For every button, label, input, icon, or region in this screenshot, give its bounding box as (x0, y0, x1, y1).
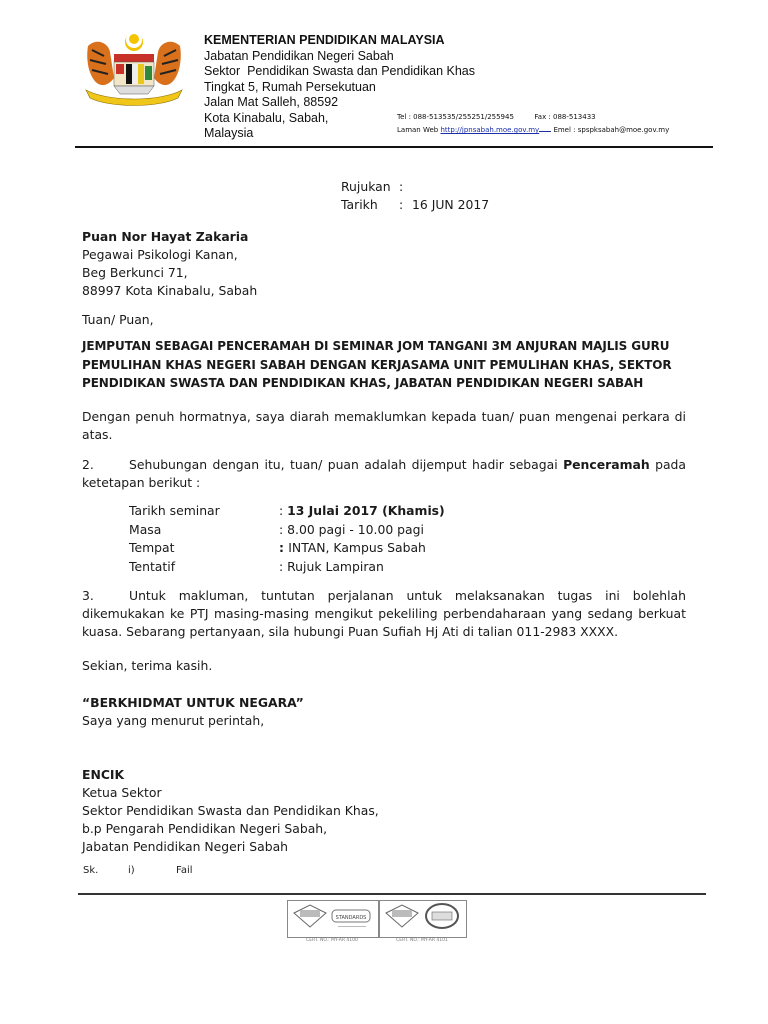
tarikh-label: Tarikh (341, 196, 399, 214)
email: Emel : spspksabah@moe.gov.my (553, 126, 669, 134)
recipient-name: Puan Nor Hayat Zakaria (82, 228, 257, 246)
detail-row: Tarikh seminar : 13 Julai 2017 (Khamis) (129, 502, 445, 521)
malaysia-coat-of-arms-icon (78, 28, 190, 108)
letterhead-line: Sektor Pendidikan Swasta dan Pendidikan … (204, 64, 475, 80)
iqnet-logo-icon (380, 901, 466, 937)
recipient-block: Puan Nor Hayat Zakaria Pegawai Psikologi… (82, 228, 257, 300)
paragraph-3-number: 3. (82, 587, 129, 605)
tarikh-value: 16 JUN 2017 (409, 196, 489, 214)
certification-caption-1: CERT. NO.: MY-AR 4100 (287, 938, 377, 943)
detail-value-schedule: Rujuk Lampiran (287, 558, 384, 577)
subject: JEMPUTAN SEBAGAI PENCERAMAH DI SEMINAR J… (82, 337, 692, 393)
certification-badge-1: STANDARDS (287, 900, 379, 938)
paragraph-3: 3.Untuk makluman, tuntutan perjalanan un… (82, 587, 686, 641)
cc-label: Sk. (83, 865, 128, 876)
salutation: Tuan/ Puan, (82, 311, 154, 329)
detail-row: Masa : 8.00 pagi - 10.00 pagi (129, 521, 445, 540)
signatory-line: Sektor Pendidikan Swasta dan Pendidikan … (82, 802, 379, 820)
contact-block: Tel : 088-513535/255251/255945 Fax : 088… (397, 112, 717, 136)
web-label: Laman Web (397, 126, 440, 134)
telephone: Tel : 088-513535/255251/255945 (397, 113, 514, 121)
svg-text:STANDARDS: STANDARDS (336, 915, 367, 921)
website-link[interactable]: http://jpnsabah.moe.gov.my (440, 126, 539, 134)
detail-row: Tentatif : Rujuk Lampiran (129, 558, 445, 577)
cc-item: Fail (176, 865, 193, 876)
paragraph-1: Dengan penuh hormatnya, saya diarah mema… (82, 408, 686, 444)
footer-divider (78, 893, 706, 895)
quality-logo-icon: STANDARDS (288, 901, 378, 937)
certification-caption-2: CERT. NO.: MY-AR 4101 (379, 938, 465, 943)
signatory-line: Ketua Sektor (82, 784, 379, 802)
reference-block: Rujukan : Tarikh : 16 JUN 2017 (341, 178, 489, 214)
signatory-title: ENCIK (82, 766, 379, 784)
role-penceramah: Penceramah (563, 457, 650, 472)
letterhead-line: Jalan Mat Salleh, 88592 (204, 95, 475, 111)
recipient-line: 88997 Kota Kinabalu, Sabah (82, 282, 257, 300)
signoff: “BERKHIDMAT UNTUK NEGARA” Saya yang menu… (82, 694, 304, 730)
signatory-block: ENCIK Ketua Sektor Sektor Pendidikan Swa… (82, 766, 379, 856)
signatory-line: b.p Pengarah Pendidikan Negeri Sabah, (82, 820, 379, 838)
cc-item-number: i) (128, 865, 176, 876)
recipient-line: Beg Berkunci 71, (82, 264, 257, 282)
motto: “BERKHIDMAT UNTUK NEGARA” (82, 694, 304, 712)
paragraph-2-number: 2. (82, 456, 129, 474)
detail-value-date: 13 Julai 2017 (Khamis) (287, 502, 445, 521)
cc-block: Sk. i) Fail (83, 865, 193, 876)
signatory-line: Jabatan Pendidikan Negeri Sabah (82, 838, 379, 856)
paragraph-2: 2.Sehubungan dengan itu, tuan/ puan adal… (82, 456, 686, 492)
closing: Sekian, terima kasih. (82, 657, 212, 675)
rujukan-label: Rujukan (341, 178, 399, 196)
detail-value-time: 8.00 pagi - 10.00 pagi (287, 521, 424, 540)
header-divider (75, 146, 713, 148)
detail-value-venue: INTAN, Kampus Sabah (288, 539, 426, 558)
detail-row: Tempat : INTAN, Kampus Sabah (129, 539, 445, 558)
event-details: Tarikh seminar : 13 Julai 2017 (Khamis) … (129, 502, 445, 576)
letterhead-line: Tingkat 5, Rumah Persekutuan (204, 80, 475, 96)
order-line: Saya yang menurut perintah, (82, 712, 304, 730)
certification-badge-2 (379, 900, 467, 938)
ministry-name: KEMENTERIAN PENDIDIKAN MALAYSIA (204, 33, 475, 49)
fax: Fax : 088-513433 (534, 113, 595, 121)
recipient-line: Pegawai Psikologi Kanan, (82, 246, 257, 264)
letterhead-line: Jabatan Pendidikan Negeri Sabah (204, 49, 475, 65)
